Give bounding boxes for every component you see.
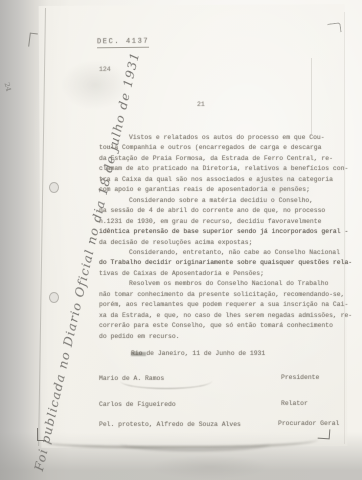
- corner-mark-top-right: [327, 22, 341, 34]
- body-line: correrão para este Conselho, que só entã…: [99, 321, 339, 331]
- body-line: Vistos e relatados os autos do processo …: [99, 133, 339, 143]
- body-line: Considerando sobre a matéria decidiu o C…: [99, 196, 339, 206]
- ink-smudge: [131, 352, 146, 356]
- page-number-center: 21: [197, 101, 205, 108]
- body-line: clamam de ato praticado na Diretoria, re…: [99, 164, 339, 174]
- body-line: da Estação de Praia Formosa, da Estrada …: [99, 154, 339, 164]
- body-line: n.1231 de 1930, em grau de recurso, deci…: [99, 217, 339, 227]
- scan-blotch: [150, 455, 270, 479]
- body-line: do pedido em recurso.: [99, 332, 339, 342]
- page-bottom-shadow: [120, 444, 270, 451]
- punch-hole: [49, 182, 59, 193]
- edge-number: 24: [3, 82, 13, 93]
- typed-body-text: Vistos e relatados os autos do processo …: [99, 133, 339, 342]
- page-number-top: 124: [99, 66, 111, 73]
- scanned-document: DEC. 4137 124 21 24 Foi publicada no Dia…: [0, 0, 362, 480]
- signature-name-relator: Carlos de Figueiredo: [99, 401, 176, 408]
- body-line: tivas de Caixas de Aposentadoria e Pensõ…: [99, 269, 339, 279]
- body-line: toula Companhia e outros (encarregados d…: [99, 143, 339, 153]
- signature-name-procurador: Pel. protesto, Alfredo de Souza Alves: [99, 421, 241, 428]
- body-line: xa da Estrada, e que, no caso de lhes se…: [99, 311, 339, 321]
- signature-role-procurador: Procurador Geral: [278, 420, 339, 427]
- body-line: tra a Caixa da qual são nos associados e…: [99, 175, 339, 185]
- body-line: Resolvem os membros do Conselho Nacional…: [99, 279, 339, 289]
- signature-role-president: Presidente: [281, 374, 319, 381]
- body-line: idêntica pretensão de base superior send…: [99, 227, 339, 237]
- document-number: DEC. 4137: [97, 38, 149, 49]
- body-line: não tomar conhecimento da presente solic…: [99, 290, 339, 300]
- date-line: Rio de Janeiro, 11 de Junho de 1931: [131, 350, 265, 357]
- corner-mark-top-left: [28, 33, 38, 48]
- body-line: Considerando, entretanto, não cabe ao Co…: [99, 248, 339, 258]
- punch-hole: [49, 292, 59, 303]
- corner-mark-bottom-right: [318, 429, 331, 440]
- body-line: na sessão de 4 de abril do corrente ano …: [99, 206, 339, 216]
- body-line: da decisão de resoluções acima expostas;: [99, 238, 339, 248]
- signature-role-relator: Relator: [281, 400, 308, 407]
- body-line: porém, aos reclamantes que podem requere…: [99, 300, 339, 310]
- body-line: do Trabalho decidir originariamente sobr…: [99, 258, 339, 268]
- page-fold-line: [311, 58, 312, 134]
- body-line: com apoio e garantias reais de aposentad…: [99, 185, 339, 195]
